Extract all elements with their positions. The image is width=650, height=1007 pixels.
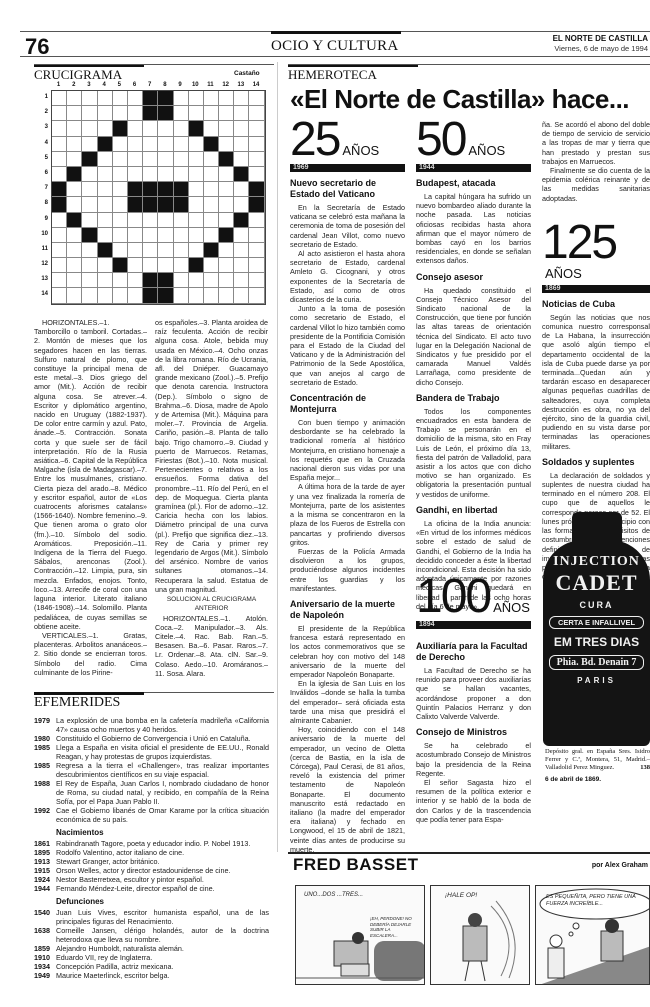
crossword-cell[interactable] (67, 137, 82, 152)
crossword-cell[interactable] (82, 288, 97, 303)
crossword-cell[interactable] (249, 137, 264, 152)
crossword-cell[interactable] (128, 91, 143, 106)
crossword-cell[interactable] (204, 288, 219, 303)
ad-line-injection: INJECTION (543, 554, 650, 570)
crossword-cell[interactable] (234, 288, 249, 303)
crossword-column-labels: 1234567891011121314 (51, 82, 264, 88)
column-label: 10 (188, 82, 203, 88)
crossword-cell[interactable] (98, 213, 113, 228)
column-label: 11 (203, 82, 218, 88)
efemeride-year: 1910 (34, 953, 56, 962)
comic-drawing-icon (431, 886, 530, 985)
crossword-cell[interactable] (219, 137, 234, 152)
crossword-cell[interactable] (204, 258, 219, 273)
crossword-cell[interactable] (143, 137, 158, 152)
paragraph: El señor Sagasta hizo el resumen de la p… (416, 778, 531, 824)
speech-text: ES PEQUEÑITA, PERO TIENE UNA FUERZA INCR… (546, 894, 646, 908)
crucigrama-rule (34, 64, 274, 65)
crossword-cell[interactable] (204, 182, 219, 197)
subhead-bandera: Bandera de Trabajo (416, 393, 531, 404)
efemeride-text: Cae el Gobierno libanés de Omar Karame p… (56, 806, 269, 824)
crossword-cell[interactable] (128, 137, 143, 152)
crossword-cell[interactable] (219, 273, 234, 288)
crossword-cell[interactable] (249, 258, 264, 273)
year-bar: 1944 (416, 164, 531, 172)
efemeride-year: 1859 (34, 944, 56, 953)
efemerides-title: EFEMERIDES (34, 695, 120, 711)
crossword-cell[interactable] (234, 258, 249, 273)
crossword-cell[interactable] (189, 243, 204, 258)
subhead-consejo-ministros: Consejo de Ministros (416, 727, 531, 738)
crossword-cell[interactable] (128, 273, 143, 288)
anos-label: AÑOS (545, 266, 582, 281)
crossword-cell[interactable] (52, 213, 67, 228)
crossword-cell[interactable] (249, 121, 264, 136)
crossword-black-cell (174, 197, 189, 212)
efemeride-year: 1934 (34, 962, 56, 971)
crossword-black-cell (204, 137, 219, 152)
hemeroteca-headline: «El Norte de Castilla» hace... (290, 84, 629, 115)
crossword-black-cell (174, 182, 189, 197)
deaths-title: Defunciones (56, 897, 269, 906)
crossword-cell[interactable] (249, 91, 264, 106)
crossword-cell[interactable] (52, 258, 67, 273)
paragraph: En la Secretaría de Estado vaticana se c… (290, 203, 405, 249)
crossword-black-cell (204, 243, 219, 258)
crossword-cell[interactable] (249, 152, 264, 167)
crossword-cell[interactable] (204, 273, 219, 288)
ad-line-paris: PARIS (543, 676, 650, 685)
years-number: 25 (290, 118, 339, 162)
crossword-cell[interactable] (128, 288, 143, 303)
crossword-cell[interactable] (82, 213, 97, 228)
paragraph: El presidente de la República francesa e… (290, 624, 405, 679)
crossword-cell[interactable] (189, 137, 204, 152)
crossword-cell[interactable] (174, 243, 189, 258)
row-label: 1 (38, 90, 48, 105)
anos-label: AÑOS (468, 143, 505, 158)
subhead-montejurra: Concentración de Montejurra (290, 393, 405, 415)
ad-deposit: Depósito gral. en España Sres. Isidro Fe… (545, 748, 650, 771)
vertical-clues: VERTICALES.–1. Gratas, placenteras. Arbo… (34, 631, 147, 677)
crossword-cell[interactable] (143, 228, 158, 243)
crossword-cell[interactable] (219, 197, 234, 212)
paragraph: La capital húngara ha sufrido un nuevo b… (416, 192, 531, 266)
crossword-cell[interactable] (143, 213, 158, 228)
crossword-cell[interactable] (143, 243, 158, 258)
crossword-cell[interactable] (249, 106, 264, 121)
row-label: 2 (38, 105, 48, 120)
crossword-cell[interactable] (98, 182, 113, 197)
header-date: Viernes, 6 de mayo de 1994 (554, 44, 648, 53)
year-bar: 1869 (542, 285, 650, 293)
crossword-cell[interactable] (113, 197, 128, 212)
crossword-cell[interactable] (189, 152, 204, 167)
crossword-cell[interactable] (158, 121, 173, 136)
row-label: 6 (38, 166, 48, 181)
crossword-cell[interactable] (204, 152, 219, 167)
column-label: 8 (157, 82, 172, 88)
hemeroteca-title: HEMEROTECA (288, 67, 377, 83)
crossword-cell[interactable] (98, 258, 113, 273)
crossword-cell[interactable] (67, 273, 82, 288)
crossword-cell[interactable] (113, 137, 128, 152)
paragraph: Al acto asistieron el hasta ahora secret… (290, 249, 405, 304)
crossword-cell[interactable] (67, 152, 82, 167)
crossword-black-cell (67, 213, 82, 228)
crossword-cell[interactable] (174, 273, 189, 288)
crossword-cell[interactable] (113, 182, 128, 197)
crossword-cell[interactable] (113, 213, 128, 228)
article-title: Noticias de Cuba (542, 299, 650, 310)
article-title: Budapest, atacada (416, 178, 531, 189)
horizontal-clues: HORIZONTALES.–1. Tamborcillo o tamboril.… (34, 318, 147, 631)
crossword-cell[interactable] (113, 228, 128, 243)
crossword-cell[interactable] (67, 121, 82, 136)
row-label: 5 (38, 151, 48, 166)
crossword-cell[interactable] (98, 121, 113, 136)
crossword-cell[interactable] (67, 288, 82, 303)
efemeride-text: El Rey de España, Juan Carlos I, nombrad… (56, 779, 269, 806)
crossword-cell[interactable] (234, 106, 249, 121)
crossword-cell[interactable] (189, 167, 204, 182)
paragraph: En la iglesia de San Luis en los Inválid… (290, 679, 405, 725)
crossword-clues-column-2: os españoles.–3. Planta aroidea de raíz … (155, 318, 268, 678)
crossword-cell[interactable] (249, 288, 264, 303)
crossword-cell[interactable] (219, 213, 234, 228)
crossword-black-cell (219, 152, 234, 167)
crossword-cell[interactable] (234, 182, 249, 197)
crossword-cell[interactable] (158, 258, 173, 273)
efemerides-list: 1979La explosión de una bomba en la cafe… (34, 716, 269, 980)
crossword-cell[interactable] (204, 228, 219, 243)
crossword-cell[interactable] (174, 137, 189, 152)
crossword-cell[interactable] (204, 121, 219, 136)
crossword-cell[interactable] (174, 91, 189, 106)
crossword-cell[interactable] (174, 106, 189, 121)
efemeride-text: Maurice Maeterlinck, escritor belga. (56, 971, 269, 980)
efemeride-year: 1861 (34, 839, 56, 848)
crossword-cell[interactable] (82, 167, 97, 182)
crossword-cell[interactable] (128, 258, 143, 273)
efemeride-item: 1924Nestor Basterretxea, escultor y pint… (34, 875, 269, 884)
paragraph: A última hora de la tarde de ayer y una … (290, 482, 405, 546)
crossword-black-cell (234, 213, 249, 228)
crossword-cell[interactable] (82, 137, 97, 152)
crossword-cell[interactable] (82, 182, 97, 197)
crossword-cell[interactable] (52, 273, 67, 288)
crossword-cell[interactable] (204, 213, 219, 228)
header-accent-bar (271, 31, 401, 34)
crossword-cell[interactable] (158, 243, 173, 258)
efemeride-text: Regresa a la tierra el «Challenger», tra… (56, 761, 269, 779)
crossword-cell[interactable] (128, 228, 143, 243)
crossword-black-cell (98, 243, 113, 258)
efemeride-text: La explosión de una bomba en la cafeterí… (56, 716, 269, 734)
crossword-cell[interactable] (189, 106, 204, 121)
efemeride-text: Eduardo VII, rey de Inglaterra. (56, 953, 269, 962)
efemeride-text: Fernando Méndez-Leite, director español … (56, 884, 269, 893)
crossword-cell[interactable] (67, 106, 82, 121)
crossword-cell[interactable] (67, 91, 82, 106)
crossword-cell[interactable] (174, 121, 189, 136)
crossword-cell[interactable] (174, 288, 189, 303)
subhead-napoleon: Aniversario de la muerte de Napoleón (290, 599, 405, 621)
crossword-cell[interactable] (189, 228, 204, 243)
efemeride-text: Llega a España en visita oficial el pres… (56, 743, 269, 761)
ad-deposit-text: Depósito gral. en España Sres. Isidro Fe… (545, 748, 650, 772)
crossword-cell[interactable] (98, 228, 113, 243)
crossword-cell[interactable] (67, 228, 82, 243)
crossword-cell[interactable] (113, 106, 128, 121)
crossword-cell[interactable] (234, 197, 249, 212)
comic-drawing-icon (296, 886, 425, 985)
year-bar: 1969 (290, 164, 405, 172)
crossword-cell[interactable] (158, 167, 173, 182)
crossword-cell[interactable] (113, 152, 128, 167)
crossword-cell[interactable] (52, 137, 67, 152)
crossword-cell[interactable] (189, 91, 204, 106)
efemeride-text: Nestor Basterretxea, escultor y pintor e… (56, 875, 269, 884)
crossword-black-cell (113, 121, 128, 136)
efemeride-year: 1992 (34, 806, 56, 824)
ad-line-tres-dias: EM TRES DIAS (543, 635, 650, 649)
efemeride-year: 1985 (34, 743, 56, 761)
crossword-cell[interactable] (82, 91, 97, 106)
efemeride-text: Concepción Padilla, actriz mexicana. (56, 962, 269, 971)
efemeride-year: 1985 (34, 761, 56, 779)
efemeride-item: 1985Llega a España en visita oficial el … (34, 743, 269, 761)
crossword-cell[interactable] (82, 121, 97, 136)
paragraph: Finalmente se dio cuenta de la epidemia … (542, 166, 650, 203)
efemeride-year: 1988 (34, 779, 56, 806)
crossword-cell[interactable] (249, 273, 264, 288)
efemeride-text: Constituido el Gobierno de Convergencia … (56, 734, 269, 743)
crossword-black-cell (249, 182, 264, 197)
crossword-black-cell (143, 106, 158, 121)
article-title: Nuevo secretario de Estado del Vaticano (290, 178, 405, 200)
crossword-cell[interactable] (128, 152, 143, 167)
crossword-cell[interactable] (67, 197, 82, 212)
paragraph: Ha quedado constituido el Consejo Técnic… (416, 286, 531, 387)
crossword-black-cell (143, 273, 158, 288)
crossword-cell[interactable] (189, 197, 204, 212)
efemeride-year: 1980 (34, 734, 56, 743)
crossword-cell[interactable] (219, 167, 234, 182)
crossword-black-cell (143, 182, 158, 197)
crossword-cell[interactable] (143, 152, 158, 167)
crossword-cell[interactable] (113, 243, 128, 258)
crossword-cell[interactable] (52, 152, 67, 167)
crossword-black-cell (143, 91, 158, 106)
crossword-cell[interactable] (249, 213, 264, 228)
comic-panel-1: UNO...DOS ...TRES... ¡EH, PERDONE! NO DE… (295, 885, 425, 985)
paper-name: EL NORTE DE CASTILLA (553, 34, 648, 43)
crossword-cell[interactable] (128, 106, 143, 121)
column-divider (277, 62, 278, 852)
crossword-cell[interactable] (249, 228, 264, 243)
efemeride-year: 1638 (34, 926, 56, 944)
crossword-black-cell (219, 228, 234, 243)
row-label: 11 (38, 242, 48, 257)
crossword-cell[interactable] (128, 167, 143, 182)
crossword-cell[interactable] (128, 213, 143, 228)
crossword-cell[interactable] (52, 288, 67, 303)
efemeride-year: 1979 (34, 716, 56, 734)
crossword-cell[interactable] (204, 91, 219, 106)
efemeride-year: 1913 (34, 857, 56, 866)
crossword-black-cell (158, 106, 173, 121)
crossword-cell[interactable] (98, 91, 113, 106)
crossword-black-cell (158, 197, 173, 212)
crossword-cell[interactable] (82, 106, 97, 121)
crossword-cell[interactable] (128, 121, 143, 136)
crossword-cell[interactable] (82, 197, 97, 212)
crossword-cell[interactable] (52, 228, 67, 243)
crossword-cell[interactable] (98, 106, 113, 121)
efemeride-item: 1944Fernando Méndez-Leite, director espa… (34, 884, 269, 893)
crossword-cell[interactable] (249, 167, 264, 182)
ad-line-certa: CERTA E INFALLIVEL (549, 616, 644, 629)
crossword-cell[interactable] (219, 243, 234, 258)
efemeride-item: 1980Constituido el Gobierno de Convergen… (34, 734, 269, 743)
crossword-cell[interactable] (98, 197, 113, 212)
crossword-grid[interactable] (51, 90, 266, 305)
ad-line-cura: CURA (543, 600, 650, 610)
crossword-cell[interactable] (234, 91, 249, 106)
efemeride-year: 1949 (34, 971, 56, 980)
paragraph: La Facultad de Derecho se ha reunido par… (416, 666, 531, 721)
efemeride-item: 1988El Rey de España, Juan Carlos I, nom… (34, 779, 269, 806)
efemeride-item: 1934Concepción Padilla, actriz mexicana. (34, 962, 269, 971)
crossword-cell[interactable] (189, 182, 204, 197)
births-title: Nacimientos (56, 828, 269, 837)
crossword-cell[interactable] (234, 243, 249, 258)
crossword-cell[interactable] (98, 288, 113, 303)
crossword-cell[interactable] (204, 106, 219, 121)
crossword-cell[interactable] (143, 258, 158, 273)
vertical-clues-cont: os españoles.–3. Planta aroidea de raíz … (155, 318, 268, 594)
efemeride-item: 1913Stewart Granger, actor británico. (34, 857, 269, 866)
crossword-cell[interactable] (82, 273, 97, 288)
crossword-black-cell (143, 288, 158, 303)
efemeride-item: 1859Alejandro Humboldt, naturalista alem… (34, 944, 269, 953)
crossword-cell[interactable] (67, 258, 82, 273)
crossword-cell[interactable] (204, 197, 219, 212)
crossword-cell[interactable] (158, 228, 173, 243)
row-label: 14 (38, 287, 48, 302)
crossword-cell[interactable] (189, 213, 204, 228)
paragraph: Según las noticias que nos comunica nues… (542, 313, 650, 451)
row-label: 12 (38, 257, 48, 272)
crossword-cell[interactable] (82, 243, 97, 258)
injection-cadet-ad: INJECTION CADET CURA CERTA E INFALLIVEL … (543, 540, 650, 746)
column-label: 12 (218, 82, 233, 88)
column-label: 3 (81, 82, 96, 88)
crossword-cell[interactable] (219, 106, 234, 121)
crossword-cell[interactable] (174, 167, 189, 182)
column-label: 14 (248, 82, 263, 88)
crossword-black-cell (234, 167, 249, 182)
ad-line-cadet: CADET (543, 570, 650, 596)
crossword-cell[interactable] (204, 167, 219, 182)
crossword-cell[interactable] (174, 258, 189, 273)
efemeride-text: Rabindranath Tagore, poeta y educador in… (56, 839, 269, 848)
row-label: 13 (38, 272, 48, 287)
comic-title: FRED BASSET (293, 855, 418, 875)
crossword-cell[interactable] (219, 121, 234, 136)
header-bottom-rule (20, 56, 650, 57)
crossword-cell[interactable] (158, 137, 173, 152)
crossword-cell[interactable] (98, 167, 113, 182)
crossword-cell[interactable] (189, 288, 204, 303)
crossword-black-cell (158, 182, 173, 197)
crossword-cell[interactable] (52, 91, 67, 106)
crucigrama-title: CRUCIGRAMA (34, 67, 122, 83)
crossword-cell[interactable] (143, 121, 158, 136)
crossword-cell[interactable] (219, 182, 234, 197)
efemeride-item: 1985Regresa a la tierra el «Challenger»,… (34, 761, 269, 779)
column-label: 7 (142, 82, 157, 88)
column-label: 2 (66, 82, 81, 88)
anos-label: AÑOS (493, 600, 530, 615)
crossword-cell[interactable] (174, 152, 189, 167)
crossword-cell[interactable] (189, 273, 204, 288)
efemeride-item: 1915Orson Welles, actor y director estad… (34, 866, 269, 875)
crossword-cell[interactable] (52, 167, 67, 182)
efemeride-item: 1540Juan Luis Vives, escritor humanista … (34, 908, 269, 926)
row-label: 9 (38, 212, 48, 227)
crossword-cell[interactable] (158, 152, 173, 167)
crossword-black-cell (158, 288, 173, 303)
crossword-cell[interactable] (52, 106, 67, 121)
crossword-cell[interactable] (234, 137, 249, 152)
hemeroteca-rule (288, 64, 650, 65)
crossword-cell[interactable] (67, 182, 82, 197)
years-number: 100 (416, 575, 490, 619)
crossword-cell[interactable] (174, 228, 189, 243)
crossword-cell[interactable] (113, 167, 128, 182)
crossword-cell[interactable] (234, 121, 249, 136)
efemeride-item: 1638Corneille Jansen, clérigo holandés, … (34, 926, 269, 944)
crossword-cell[interactable] (98, 273, 113, 288)
crossword-cell[interactable] (158, 213, 173, 228)
crossword-cell[interactable] (52, 243, 67, 258)
crossword-black-cell (113, 258, 128, 273)
crossword-cell[interactable] (113, 273, 128, 288)
crossword-cell[interactable] (249, 243, 264, 258)
crossword-cell[interactable] (234, 273, 249, 288)
crossword-cell[interactable] (98, 152, 113, 167)
years-number: 50 (416, 118, 465, 162)
crossword-cell[interactable] (67, 243, 82, 258)
crossword-cell[interactable] (234, 152, 249, 167)
crossword-cell[interactable] (113, 288, 128, 303)
crossword-cell[interactable] (174, 213, 189, 228)
crossword-cell[interactable] (143, 167, 158, 182)
crossword-cell[interactable] (82, 258, 97, 273)
solution-title: SOLUCION AL CRUCIGRAMA ANTERIOR (155, 595, 268, 613)
crossword-black-cell (52, 182, 67, 197)
crossword-cell[interactable] (234, 228, 249, 243)
crossword-cell[interactable] (113, 91, 128, 106)
crossword-cell[interactable] (52, 121, 67, 136)
crossword-cell[interactable] (128, 243, 143, 258)
crossword-cell[interactable] (219, 258, 234, 273)
row-label: 3 (38, 120, 48, 135)
crossword-cell[interactable] (219, 91, 234, 106)
crossword-cell[interactable] (219, 288, 234, 303)
